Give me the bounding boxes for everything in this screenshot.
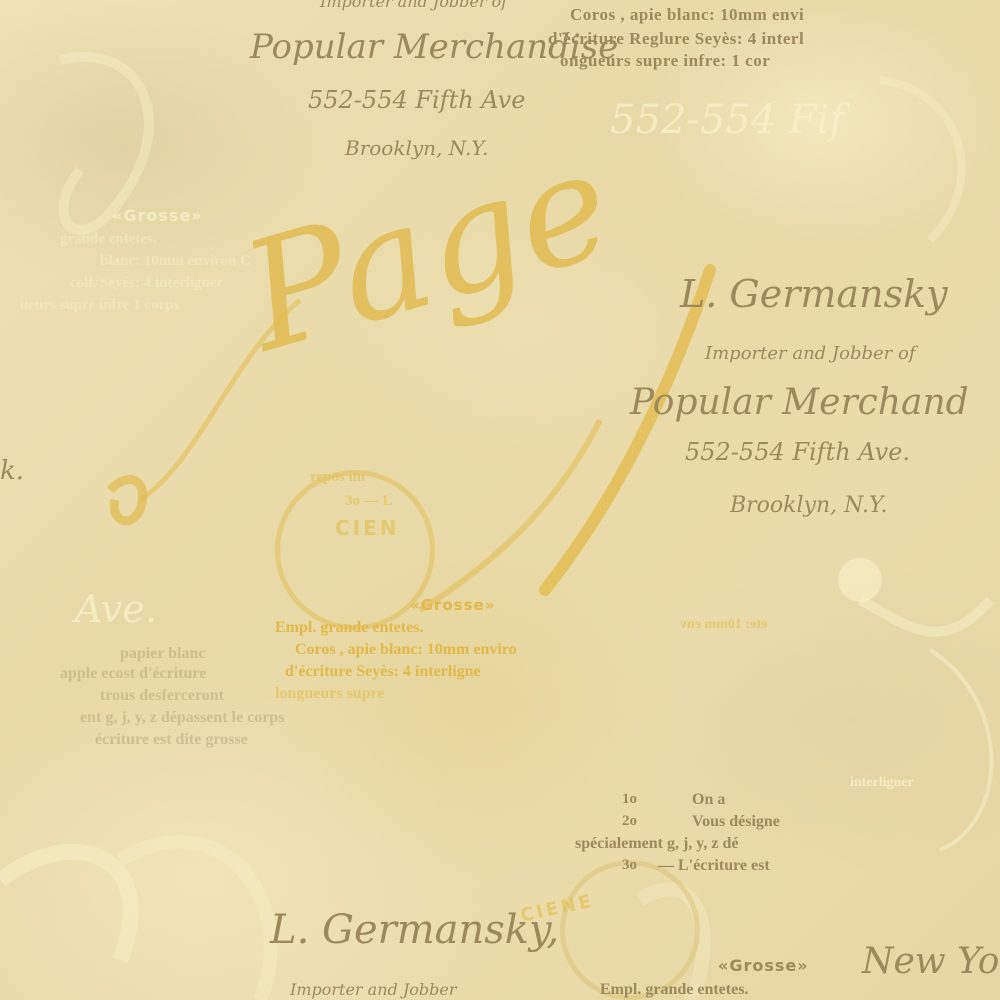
center-line-1: Empl. grande entetes. <box>275 620 423 636</box>
list-item-4-number: 3o <box>622 858 637 873</box>
list-item-4-text: — L'écriture est <box>658 858 770 874</box>
top-address: 552-554 Fifth Ave <box>308 88 525 112</box>
list-item-1-text: On a <box>692 792 725 808</box>
list-item-2-number: 2o <box>622 814 637 829</box>
right-merchandise: Popular Merchand <box>630 385 969 421</box>
top-importer-line: Importer and Jobber of <box>320 0 507 10</box>
ghost-address: 552-554 Fif <box>610 100 844 140</box>
right-address: 552-554 Fifth Ave. <box>685 440 910 464</box>
bottom-importer: Importer and Jobber <box>290 982 456 998</box>
center-line-3: d'écriture Seyès: 4 interligne <box>285 664 481 680</box>
right-name: L. Germansky <box>680 275 948 313</box>
bottom-grosse: «Grosse» <box>718 958 809 974</box>
left-ghost-line-2: blanc: 10mm environ C <box>100 254 251 269</box>
left-faint-line-5: écriture est dite grosse <box>95 732 248 748</box>
top-right-line-2: d'écriture Reglure Seyès: 4 interl <box>548 30 804 47</box>
list-item-1-number: 1o <box>622 792 637 807</box>
left-faint-line-4: ent g, j, y, z dépassent le corps <box>80 710 284 726</box>
left-ghost-line-1: grande entetes. <box>60 232 157 247</box>
left-ave: Ave. <box>75 590 157 628</box>
top-right-line-1: Coros , apie blanc: 10mm envi <box>570 6 804 23</box>
center-stamp-text: CIEN <box>335 518 400 538</box>
top-right-line-3: ongueurs supre infre: 1 cor <box>560 52 770 69</box>
left-fragment-k: k. <box>0 458 24 484</box>
left-faint-line-1: papier blanc <box>120 646 206 662</box>
center-grosse: «Grosse» <box>410 598 495 613</box>
left-grosse: «Grosse» <box>112 208 203 224</box>
center-fragment-1: repos im <box>310 470 365 485</box>
center-line-4: longueurs supre <box>275 686 385 702</box>
center-line-2: Coros , apie blanc: 10mm enviro <box>295 642 517 658</box>
left-faint-line-2: apple ecost d'écriture <box>60 666 206 682</box>
list-item-2-text: Vous désigne <box>692 814 780 830</box>
left-faint-line-3: trous desferceront <box>100 688 224 704</box>
bottom-line: Empl. grande entetes. <box>600 982 748 998</box>
mirrored-text: ete: 10mm env <box>680 618 767 632</box>
wallpaper-pattern: Importer and Jobber of Popular Merchandi… <box>0 0 1000 1000</box>
right-importer-line: Importer and Jobber of <box>705 345 916 363</box>
left-ghost-line-3: coll. Seyès: 4 interligner <box>70 276 223 291</box>
center-fragment-2: 3o — L <box>345 494 393 509</box>
right-city: Brooklyn, N.Y. <box>730 495 888 517</box>
left-ghost-line-4: ueurs supre infre 1 corps <box>20 298 179 313</box>
list-item-3-text: spécialement g, j, y, z dé <box>575 836 739 852</box>
postmark-stamp-bottom <box>560 860 700 1000</box>
bottom-name: L. Germansky, <box>270 910 559 950</box>
interligne-fragment: interligner <box>850 776 914 790</box>
bottom-new-york: New York <box>862 944 1000 980</box>
